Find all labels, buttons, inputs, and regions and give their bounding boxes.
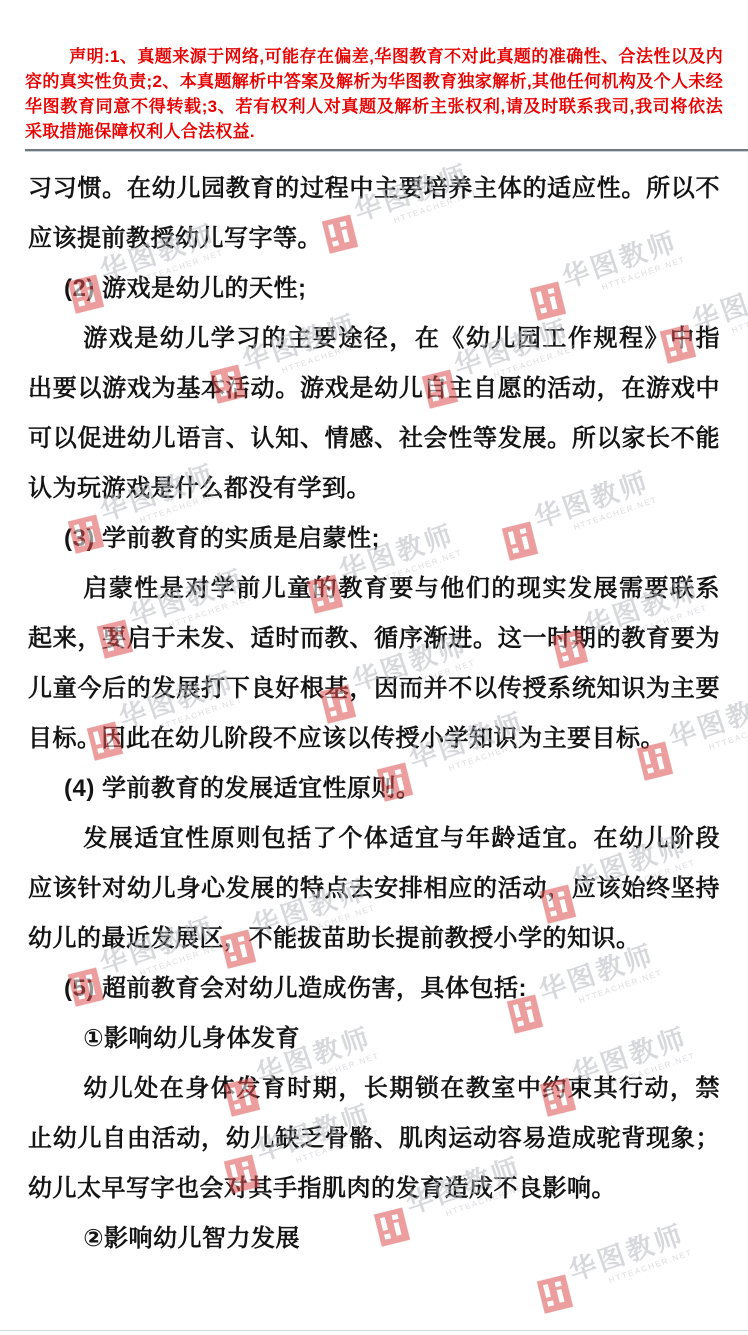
paragraph: ①影响幼儿身体发育 bbox=[28, 1014, 720, 1064]
section-heading: (4) 学前教育的发展适宜性原则。 bbox=[28, 764, 720, 814]
paragraph: 发展适宜性原则包括了个体适宜与年龄适宜。在幼儿阶段应该针对幼儿身心发展的特点去安… bbox=[28, 814, 720, 964]
disclaimer: 声明:1、真题来源于网络,可能存在偏差,华图教育不对此真题的准确性、合法性以及内… bbox=[0, 0, 748, 144]
section-heading: (3) 学前教育的实质是启蒙性; bbox=[28, 514, 720, 564]
paragraph: 习习惯。在幼儿园教育的过程中主要培养主体的适应性。所以不应该提前教授幼儿写字等。 bbox=[28, 164, 720, 264]
document-page: 声明:1、真题来源于网络,可能存在偏差,华图教育不对此真题的准确性、合法性以及内… bbox=[0, 0, 748, 1335]
watermark-url-text: HTTEACHER.NET bbox=[731, 298, 748, 335]
paragraph: 幼儿处在身体发育时期，长期锁在教室中约束其行动，禁止幼儿自由活动，幼儿缺乏骨骼、… bbox=[28, 1064, 720, 1214]
paragraph: ②影响幼儿智力发展 bbox=[28, 1214, 720, 1264]
document-body: 习习惯。在幼儿园教育的过程中主要培养主体的适应性。所以不应该提前教授幼儿写字等。… bbox=[28, 164, 720, 1264]
disclaimer-label: 声明: bbox=[69, 47, 110, 66]
divider-line bbox=[25, 149, 748, 152]
section-heading: (5) 超前教育会对幼儿造成伤害，具体包括: bbox=[28, 964, 720, 1014]
disclaimer-text: 1、真题来源于网络,可能存在偏差,华图教育不对此真题的准确性、合法性以及内容的真… bbox=[25, 47, 723, 141]
paragraph: 游戏是幼儿学习的主要途径，在《幼儿园工作规程》中指出要以游戏为基本活动。游戏是幼… bbox=[28, 314, 720, 514]
section-heading: (2) 游戏是幼儿的天性; bbox=[28, 264, 720, 314]
huatu-logo-icon bbox=[537, 1275, 573, 1314]
bottom-border-line bbox=[0, 1330, 748, 1331]
paragraph: 启蒙性是对学前儿童的教育要与他们的现实发展需要联系起来，要启于未发、适时而教、循… bbox=[28, 564, 720, 764]
